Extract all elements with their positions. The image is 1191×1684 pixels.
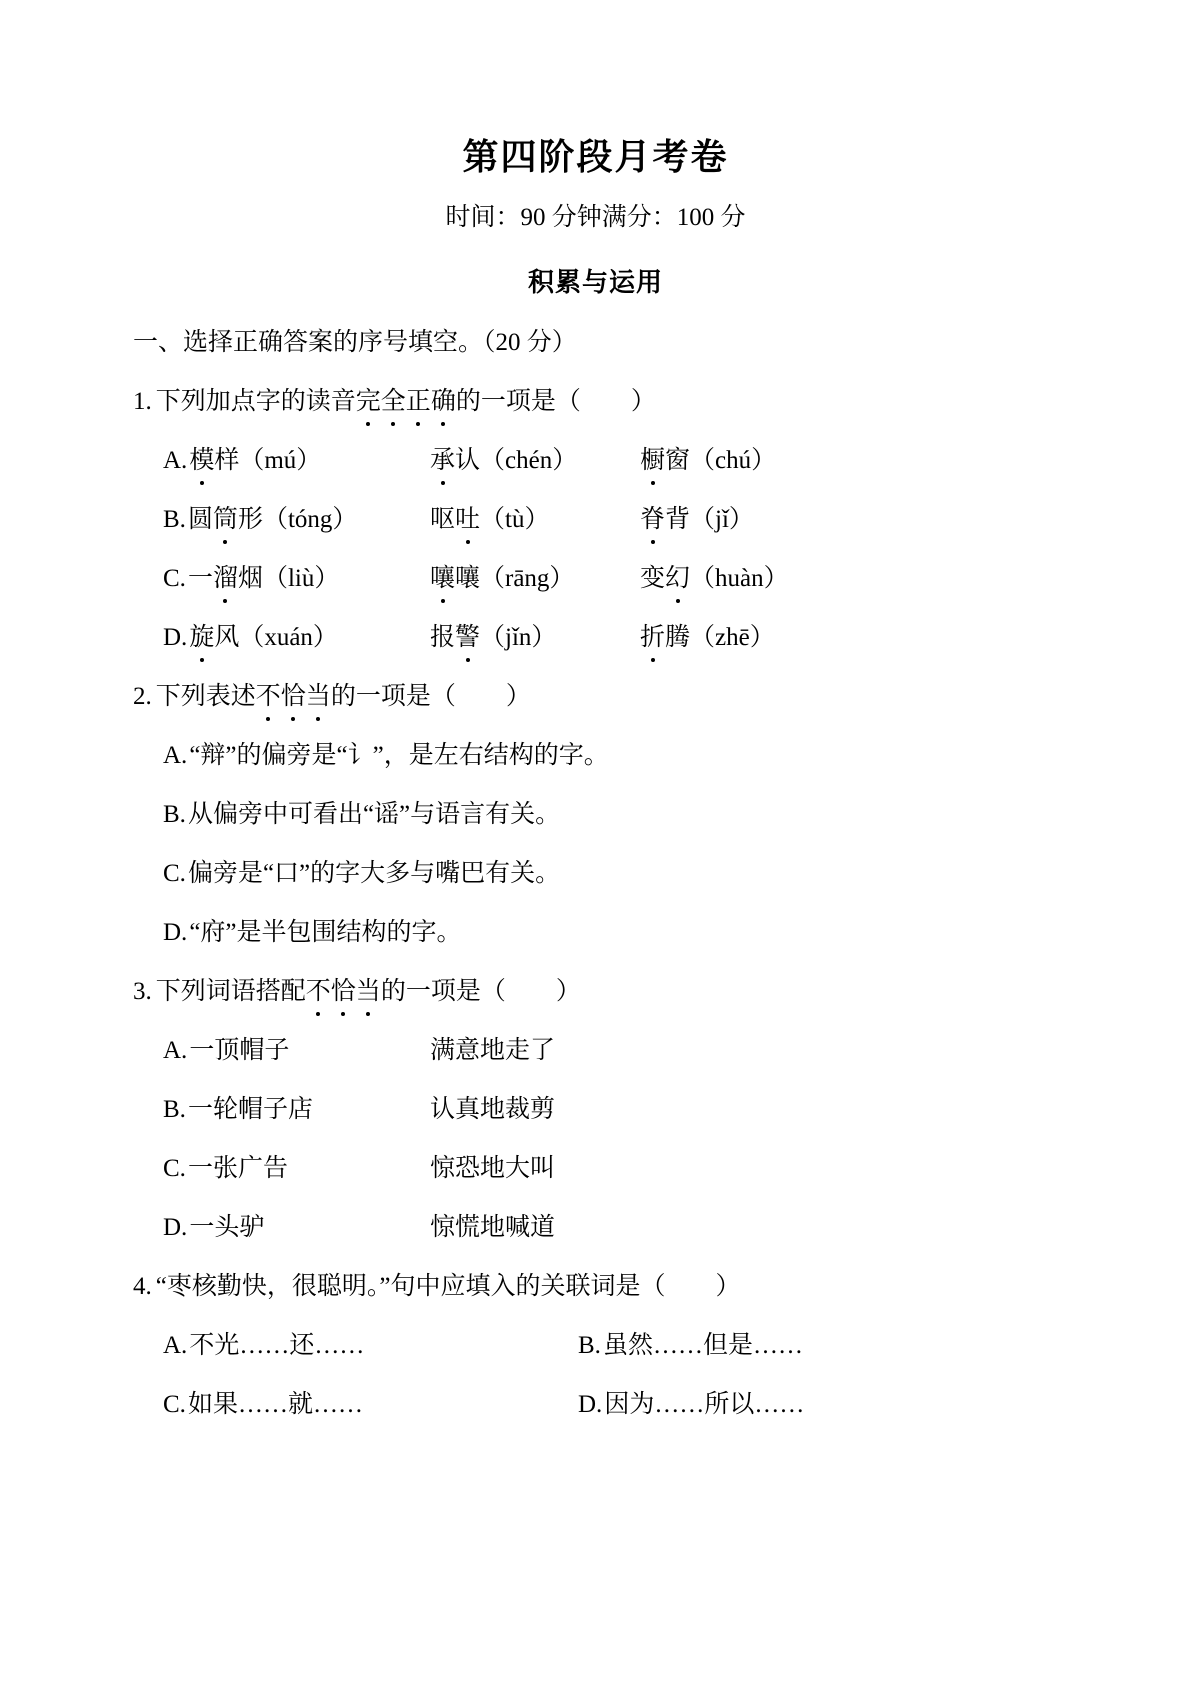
option-cell: D.旋风（xuán） xyxy=(163,621,430,655)
emphasized-char: 旋 xyxy=(189,621,214,655)
option-label: C. xyxy=(163,1391,186,1418)
question-2-option-D: D.“府”是半包围结构的字。 xyxy=(133,916,1111,950)
text-segment: 偏旁是“口”的字大多与嘴巴有关。 xyxy=(188,860,560,887)
text-segment: 样（mú） xyxy=(214,447,321,474)
option-label: D. xyxy=(163,919,187,946)
text-segment: 圆 xyxy=(188,506,213,533)
option-label: B. xyxy=(578,1332,601,1359)
option-cell: D.“府”是半包围结构的字。 xyxy=(163,916,1111,950)
page-title: 第四阶段月考卷 xyxy=(0,137,1191,177)
option-label: D. xyxy=(578,1391,602,1418)
option-cell: 嚷嚷（rāng） xyxy=(430,562,640,596)
question-number: 4. xyxy=(133,1273,152,1300)
text-segment: 一顶帽子 xyxy=(189,1037,289,1064)
option-cell: B.一轮帽子店 xyxy=(163,1093,430,1127)
emphasized-char: 脊 xyxy=(640,503,665,537)
option-cell: 认真地裁剪 xyxy=(430,1093,1111,1127)
option-label: B. xyxy=(163,1096,186,1123)
text-segment: 一张广告 xyxy=(188,1155,288,1182)
question-2-option-B: B.从偏旁中可看出“谣”与语言有关。 xyxy=(133,798,1111,832)
question-number: 1. xyxy=(133,388,152,415)
emphasized-char: 恰 xyxy=(281,680,306,714)
option-label: B. xyxy=(163,506,186,533)
question-2-option-C: C.偏旁是“口”的字大多与嘴巴有关。 xyxy=(133,857,1111,891)
question-1-option-D: D.旋风（xuán）报警（jǐn）折腾（zhē） xyxy=(133,621,1111,655)
emphasized-char: 确 xyxy=(431,385,456,419)
emphasized-char: 橱 xyxy=(640,444,665,478)
text-segment: 嚷（rāng） xyxy=(455,565,574,592)
emphasized-char: 恰 xyxy=(331,975,356,1009)
option-cell: A.一顶帽子 xyxy=(163,1034,430,1068)
text-segment: 腾（zhē） xyxy=(665,624,775,651)
option-label: C. xyxy=(163,1155,186,1182)
option-cell: 橱窗（chú） xyxy=(640,444,1111,478)
text-segment: 的一项是（ ） xyxy=(331,683,531,710)
text-segment: 惊恐地大叫 xyxy=(430,1155,555,1182)
question-1-stem: 1.下列加点字的读音完全正确的一项是（ ） xyxy=(133,385,1111,419)
text-segment: 认（chén） xyxy=(455,447,577,474)
text-segment: “枣核勤快，很聪明。”句中应填入的关联词是（ ） xyxy=(156,1273,741,1300)
text-segment: 虽然……但是…… xyxy=(603,1332,803,1359)
question-4: 4.“枣核勤快，很聪明。”句中应填入的关联词是（ ）A.不光……还……B.虽然…… xyxy=(133,1270,1111,1422)
text-segment: 报 xyxy=(430,624,455,651)
text-segment: 一轮帽子店 xyxy=(188,1096,313,1123)
text-segment: 的一项是（ ） xyxy=(456,388,656,415)
text-segment: “府”是半包围结构的字。 xyxy=(189,919,461,946)
question-3-option-C: C.一张广告惊恐地大叫 xyxy=(133,1152,1111,1186)
questions-container: 1.下列加点字的读音完全正确的一项是（ ）A.模样（mú）承认（chén）橱窗（… xyxy=(133,385,1111,1422)
question-4-option-B: B.虽然……但是…… xyxy=(578,1329,1111,1363)
option-cell: B.从偏旁中可看出“谣”与语言有关。 xyxy=(163,798,1111,832)
emphasized-char: 筒 xyxy=(213,503,238,537)
option-cell: C.一溜烟（liù） xyxy=(163,562,430,596)
text-segment: 窗（chú） xyxy=(665,447,776,474)
text-segment: （huàn） xyxy=(690,565,789,592)
option-label: A. xyxy=(163,742,187,769)
emphasized-char: 不 xyxy=(256,680,281,714)
question-4-option-C: C.如果……就…… xyxy=(163,1388,578,1422)
option-cell: C.一张广告 xyxy=(163,1152,430,1186)
option-cell: 呕吐（tù） xyxy=(430,503,640,537)
exam-header: 第四阶段月考卷 时间：90 分钟满分：100 分 积累与运用 xyxy=(0,137,1191,300)
question-4-option-D: D.因为……所以…… xyxy=(578,1388,1111,1422)
question-1-option-A: A.模样（mú）承认（chén）橱窗（chú） xyxy=(133,444,1111,478)
text-segment: （jǐn） xyxy=(480,624,556,651)
text-segment: 如果……就…… xyxy=(188,1391,363,1418)
emphasized-char: 模 xyxy=(189,444,214,478)
text-segment: 烟（liù） xyxy=(238,565,339,592)
text-segment: 的一项是（ ） xyxy=(381,978,581,1005)
question-4-options: A.不光……还……B.虽然……但是……C.如果……就……D.因为……所以…… xyxy=(133,1329,1111,1422)
text-segment: 一 xyxy=(188,565,213,592)
emphasized-char: 溜 xyxy=(213,562,238,596)
text-segment: 惊慌地喊道 xyxy=(430,1214,555,1241)
question-2: 2.下列表述不恰当的一项是（ ）A.“辩”的偏旁是“讠”，是左右结构的字。B.从… xyxy=(133,680,1111,950)
option-cell: B.圆筒形（tóng） xyxy=(163,503,430,537)
option-cell: 满意地走了 xyxy=(430,1034,1111,1068)
text-segment: 从偏旁中可看出“谣”与语言有关。 xyxy=(188,801,560,828)
text-segment: 下列表述 xyxy=(156,683,256,710)
emphasized-char: 嚷 xyxy=(430,562,455,596)
question-3: 3.下列词语搭配不恰当的一项是（ ）A.一顶帽子满意地走了B.一轮帽子店认真地裁… xyxy=(133,975,1111,1245)
question-3-option-A: A.一顶帽子满意地走了 xyxy=(133,1034,1111,1068)
text-segment: 因为……所以…… xyxy=(604,1391,804,1418)
question-2-stem: 2.下列表述不恰当的一项是（ ） xyxy=(133,680,1111,714)
part-one-heading: 一、选择正确答案的序号填空。（20 分） xyxy=(133,326,1111,360)
option-label: A. xyxy=(163,1332,187,1359)
emphasized-char: 正 xyxy=(406,385,431,419)
emphasized-char: 全 xyxy=(381,385,406,419)
option-label: A. xyxy=(163,447,187,474)
option-label: B. xyxy=(163,801,186,828)
option-label: D. xyxy=(163,624,187,651)
question-number: 3. xyxy=(133,978,152,1005)
text-segment: 下列加点字的读音 xyxy=(156,388,356,415)
option-cell: A.模样（mú） xyxy=(163,444,430,478)
question-3-option-B: B.一轮帽子店认真地裁剪 xyxy=(133,1093,1111,1127)
emphasized-char: 承 xyxy=(430,444,455,478)
option-label: C. xyxy=(163,860,186,887)
question-2-option-A: A.“辩”的偏旁是“讠”，是左右结构的字。 xyxy=(133,739,1111,773)
text-segment: 变 xyxy=(640,565,665,592)
text-segment: 一头驴 xyxy=(189,1214,264,1241)
option-cell: 惊恐地大叫 xyxy=(430,1152,1111,1186)
question-3-option-D: D.一头驴惊慌地喊道 xyxy=(133,1211,1111,1245)
emphasized-char: 当 xyxy=(306,680,331,714)
option-cell: D.一头驴 xyxy=(163,1211,430,1245)
section-heading: 积累与运用 xyxy=(0,266,1191,300)
question-number: 2. xyxy=(133,683,152,710)
text-segment: 背（jǐ） xyxy=(665,506,754,533)
text-segment: 形（tóng） xyxy=(238,506,357,533)
emphasized-char: 幻 xyxy=(665,562,690,596)
question-3-stem: 3.下列词语搭配不恰当的一项是（ ） xyxy=(133,975,1111,1009)
text-segment: 呕 xyxy=(430,506,455,533)
option-cell: A.“辩”的偏旁是“讠”，是左右结构的字。 xyxy=(163,739,1111,773)
option-label: D. xyxy=(163,1214,187,1241)
option-cell: 惊慌地喊道 xyxy=(430,1211,1111,1245)
option-label: C. xyxy=(163,565,186,592)
text-segment: “辩”的偏旁是“讠”，是左右结构的字。 xyxy=(189,742,608,769)
option-cell: 承认（chén） xyxy=(430,444,640,478)
emphasized-char: 折 xyxy=(640,621,665,655)
question-4-stem: 4.“枣核勤快，很聪明。”句中应填入的关联词是（ ） xyxy=(133,1270,1111,1304)
emphasized-char: 警 xyxy=(455,621,480,655)
text-segment: （tù） xyxy=(480,506,549,533)
option-cell: 折腾（zhē） xyxy=(640,621,1111,655)
emphasized-char: 吐 xyxy=(455,503,480,537)
question-1: 1.下列加点字的读音完全正确的一项是（ ）A.模样（mú）承认（chén）橱窗（… xyxy=(133,385,1111,655)
text-segment: 认真地裁剪 xyxy=(430,1096,555,1123)
text-segment: 满意地走了 xyxy=(430,1037,555,1064)
question-4-option-A: A.不光……还…… xyxy=(163,1329,578,1363)
text-segment: 不光……还…… xyxy=(189,1332,364,1359)
option-cell: C.偏旁是“口”的字大多与嘴巴有关。 xyxy=(163,857,1111,891)
option-cell: 变幻（huàn） xyxy=(640,562,1111,596)
text-segment: 风（xuán） xyxy=(214,624,338,651)
text-segment: 下列词语搭配 xyxy=(156,978,306,1005)
emphasized-char: 完 xyxy=(356,385,381,419)
exam-time-score: 时间：90 分钟满分：100 分 xyxy=(0,201,1191,235)
option-cell: 脊背（jǐ） xyxy=(640,503,1111,537)
option-cell: 报警（jǐn） xyxy=(430,621,640,655)
emphasized-char: 当 xyxy=(356,975,381,1009)
option-label: A. xyxy=(163,1037,187,1064)
question-1-option-C: C.一溜烟（liù）嚷嚷（rāng）变幻（huàn） xyxy=(133,562,1111,596)
emphasized-char: 不 xyxy=(306,975,331,1009)
exam-page: 第四阶段月考卷 时间：90 分钟满分：100 分 积累与运用 一、选择正确答案的… xyxy=(0,0,1191,1684)
exam-content: 一、选择正确答案的序号填空。（20 分） 1.下列加点字的读音完全正确的一项是（… xyxy=(133,326,1111,1422)
question-1-option-B: B.圆筒形（tóng）呕吐（tù）脊背（jǐ） xyxy=(133,503,1111,537)
